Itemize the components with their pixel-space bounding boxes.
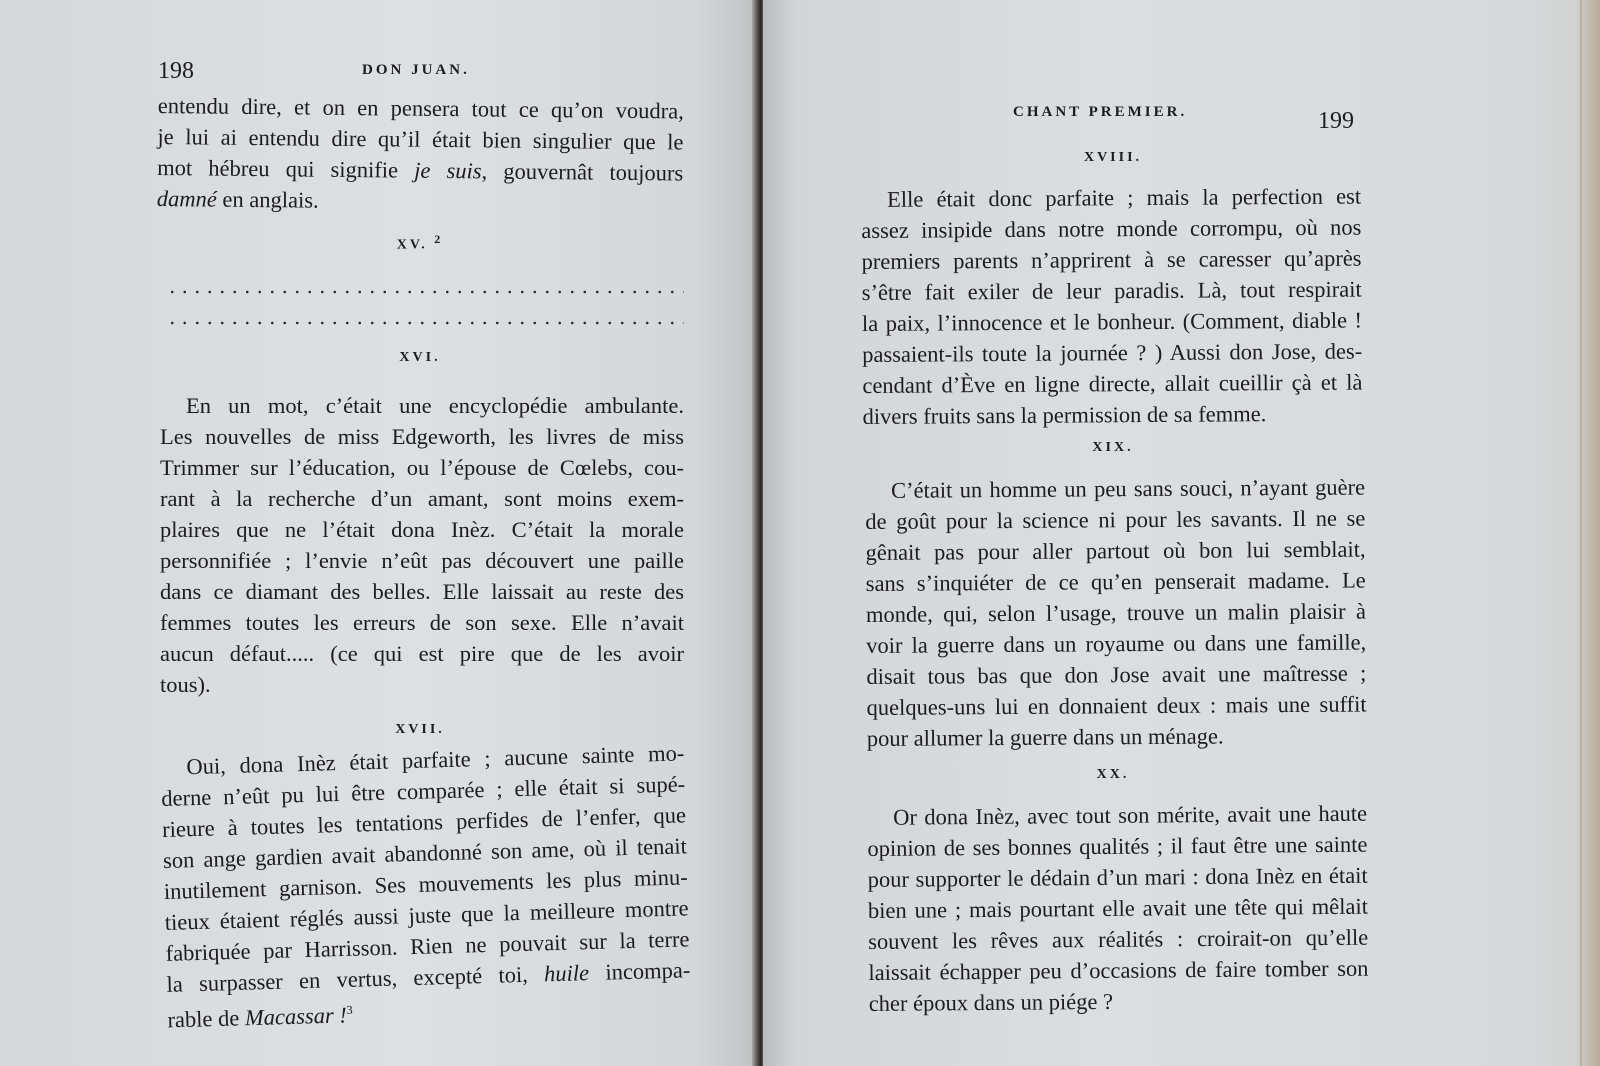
text-line: bien une ; mais pourtant elle avait une … [868, 891, 1368, 926]
text-line: quelques-uns lui en donnaient deux : mai… [867, 689, 1367, 723]
text-line: s’être fait exiler de leur paradis. Là, … [862, 274, 1362, 308]
text-line: laissait échapper peu d’occasions de fai… [868, 953, 1368, 988]
text-line: pour supporter le dédain d’un mari : don… [868, 860, 1368, 895]
stanza-xvii-text: Oui, dona Inèz était parfaite ; aucune s… [160, 737, 692, 1035]
page-edge [1580, 0, 1582, 1066]
text-line: En un mot, c’était une encyclopédie ambu… [160, 390, 684, 421]
text-line: divers fruits sans la permission de sa f… [863, 398, 1363, 432]
stanza-heading-xx: XX. [1013, 767, 1213, 783]
text-line: monde, qui, selon l’usage, trouve un mal… [866, 596, 1366, 630]
text-line: Elle était donc parfaite ; mais la perfe… [861, 181, 1361, 215]
continuation-paragraph: entendu dire, et on en pensera tout ce q… [157, 90, 684, 220]
text-line: de goût pour la science ni pour les sava… [865, 503, 1365, 537]
stanza-xviii-text: Elle était donc parfaite ; mais la perfe… [861, 181, 1363, 432]
text-line: voir la guerre dans un royaume ou dans u… [866, 627, 1366, 661]
text-line: pour allumer la guerre dans un ménage. [867, 720, 1367, 754]
running-head-left: DON JUAN. [362, 62, 470, 79]
text-line: plaires que ne l’était dona Inèz. C’étai… [160, 514, 684, 545]
italic-word: huile [544, 960, 590, 986]
page-number-199: 199 [1318, 108, 1354, 135]
stanza-heading-xix: XIX. [1013, 440, 1213, 456]
text-line: rant à la recherche d’un amant, sont moi… [160, 483, 684, 514]
stanza-heading-xvii: XVII. [320, 722, 520, 738]
text-line: disait tous bas que don Jose avait une m… [866, 658, 1366, 692]
omission-dots [166, 321, 684, 325]
text-line: damné en anglais. [157, 183, 683, 220]
footnote-ref: 3 [346, 1003, 352, 1017]
stanza-heading-xvi: XVI. [320, 350, 520, 366]
stanza-xvi-text: En un mot, c’était une encyclopédie ambu… [160, 390, 684, 700]
stanza-xx-text: Or dona Inèz, avec tout son mérite, avai… [867, 798, 1369, 1019]
omission-dots [166, 290, 684, 294]
running-head-right: CHANT PREMIER. [1013, 104, 1187, 121]
italic-word: damné [157, 186, 217, 212]
text-line: opinion de ses bonnes qualités ; il faut… [867, 829, 1367, 864]
text-line: aucun défaut..... (ce qui est pire que d… [160, 638, 684, 669]
text-line: cher époux dans un piége ? [869, 984, 1369, 1019]
text-line: femmes toutes les erreurs de son sexe. E… [160, 607, 684, 638]
open-book-spread: 198 DON JUAN. entendu dire, et on en pen… [0, 0, 1600, 1066]
stanza-heading-xv: XV. 2 [320, 232, 520, 254]
text-line: passaient-ils toute la journée ? ) Aussi… [862, 336, 1362, 370]
text-line: la paix, l’innocence et le bonheur. (Com… [862, 305, 1362, 339]
right-page: CHANT PREMIER. 199 XVIII. Elle était don… [763, 0, 1600, 1066]
footnote-ref: 2 [434, 232, 443, 246]
page-number-198: 198 [158, 58, 194, 85]
text-line: tous). [160, 669, 684, 700]
text-line: Trimmer sur l’éducation, ou l’épouse de … [160, 452, 684, 483]
text-line: gênait pas pour aller partout où bon lui… [865, 534, 1365, 568]
text-line: sans s’inquiéter de ce qu’en penserait m… [866, 565, 1366, 599]
left-page: 198 DON JUAN. entendu dire, et on en pen… [0, 0, 758, 1066]
text-line: personnifiée ; l’envie n’eût pas découve… [160, 545, 684, 576]
stanza-heading-xviii: XVIII. [1013, 150, 1213, 166]
italic-word: Macassar ! [245, 1002, 348, 1030]
text-line: souvent les rêves aux réalités : croirai… [868, 922, 1368, 957]
italic-phrase: je suis [414, 158, 482, 184]
stanza-xix-text: C’était un homme un peu sans souci, n’ay… [865, 472, 1367, 754]
text-line: premiers parents n’apprirent à se caress… [861, 243, 1361, 277]
text-line: assez insipide dans notre monde corrompu… [861, 212, 1361, 246]
text-line: cendant d’Ève en ligne directe, allait c… [862, 367, 1362, 401]
text-line: Or dona Inèz, avec tout son mérite, avai… [867, 798, 1367, 833]
text-line: Les nouvelles de miss Edgeworth, les liv… [160, 421, 684, 452]
text-line: dans ce diamant des belles. Elle laissai… [160, 576, 684, 607]
text-line: C’était un homme un peu sans souci, n’ay… [865, 472, 1365, 506]
